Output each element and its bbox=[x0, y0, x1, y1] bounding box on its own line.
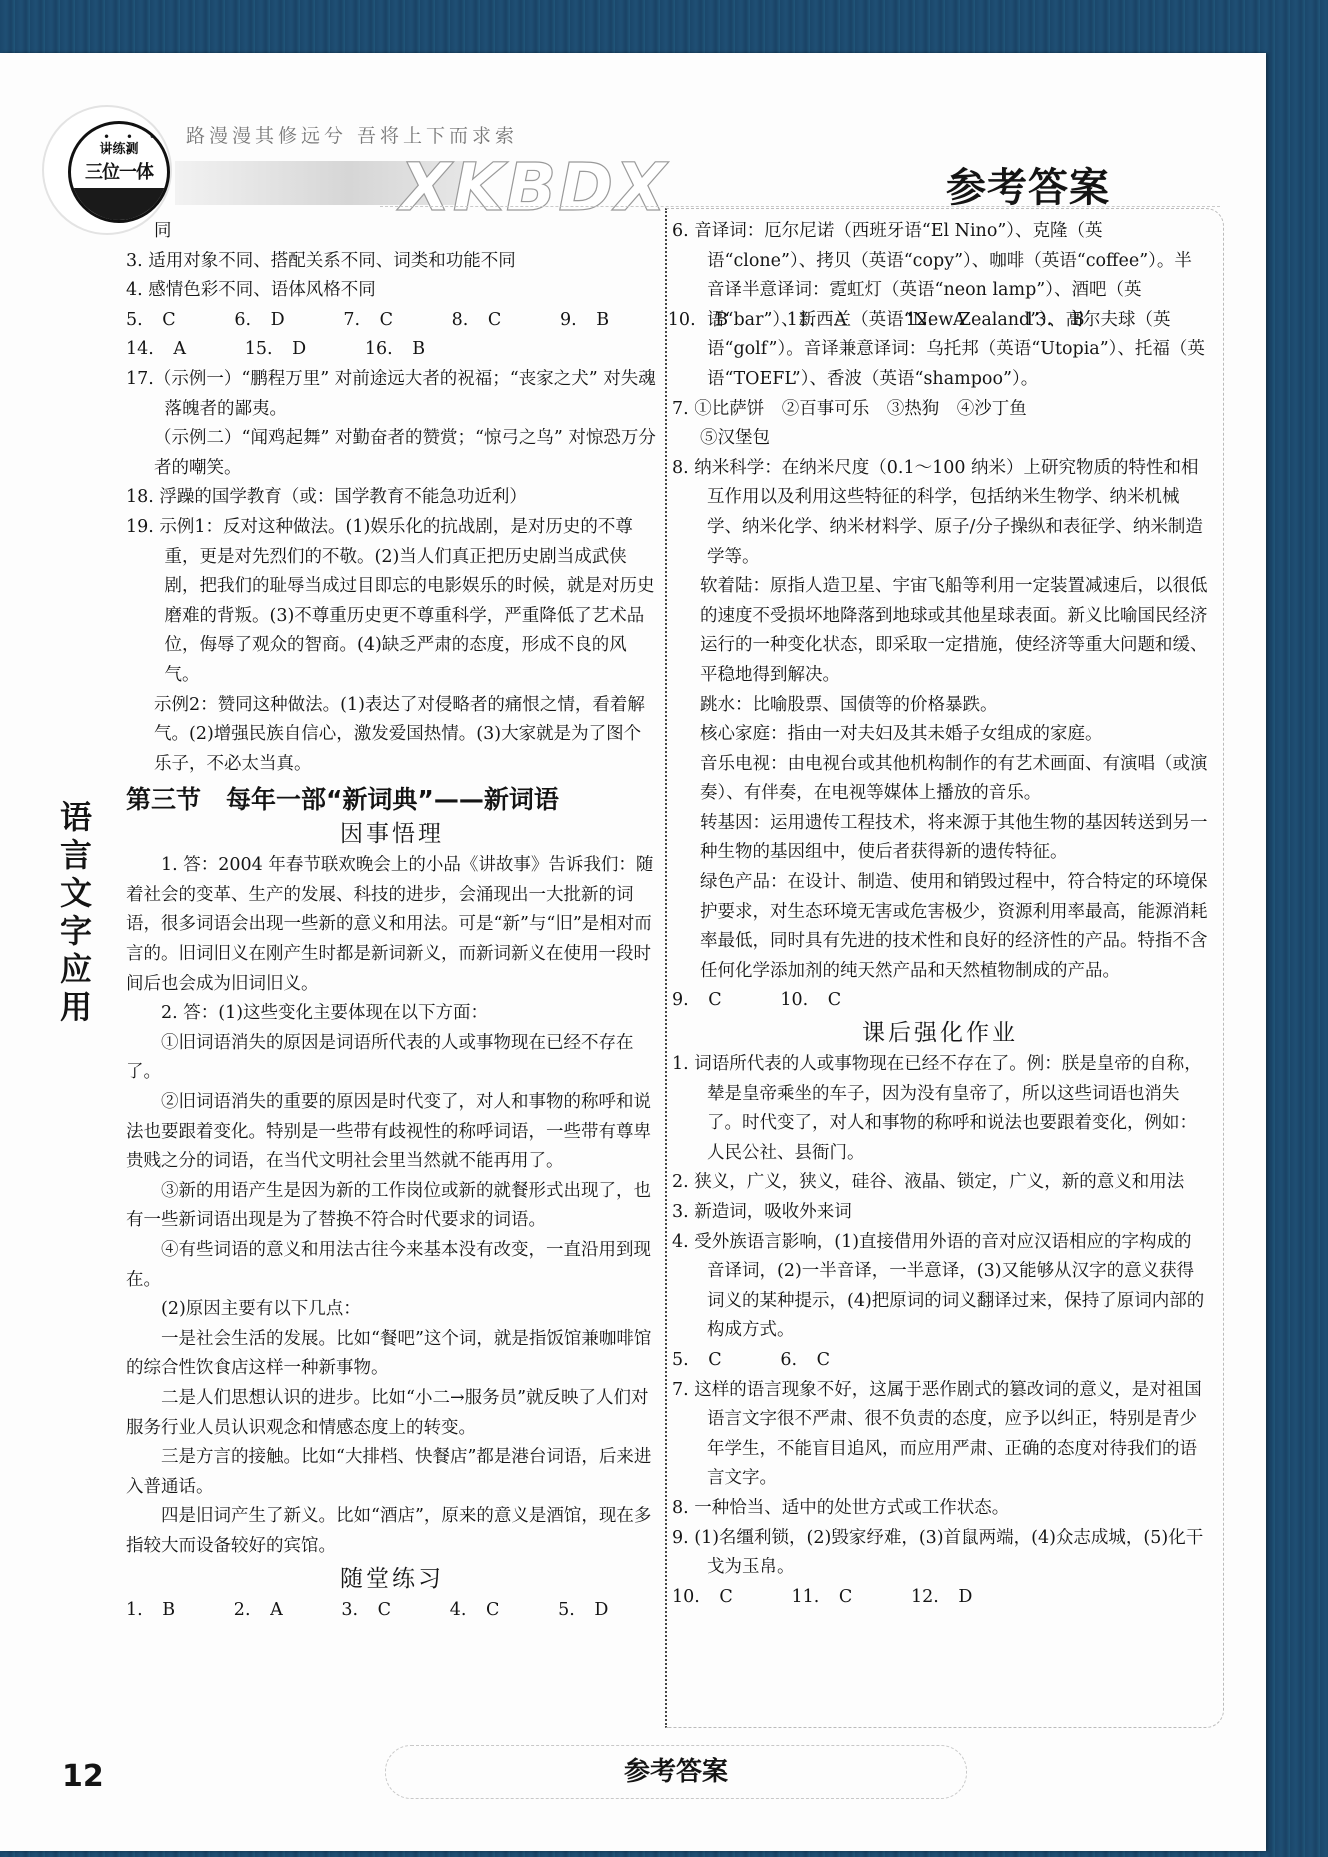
footer-banner: 参考答案 bbox=[385, 1745, 967, 1799]
side-section-label: 语 言 文 字 应 用 bbox=[56, 798, 96, 1026]
term-definition: 跳水：比喻股票、国债等的价格暴跌。 bbox=[672, 691, 1208, 721]
logo-line2: 三位一体 bbox=[71, 158, 167, 184]
section-paragraph: (2)原因主要有以下几点： bbox=[126, 1295, 658, 1325]
section-paragraph: ④有些词语的意义和用法古往今来基本没有改变，一直沿用到现在。 bbox=[126, 1236, 658, 1295]
section-paragraph: 三是方言的接触。比如“大排档、快餐店”都是港台词语，后来进入普通话。 bbox=[126, 1443, 658, 1502]
homework-item: 10. C 11. C 12. D bbox=[672, 1583, 1208, 1613]
document-page: • • • • • 讲练测 三位一体 路漫漫其修远兮 吾将上下而求索 XKBDX… bbox=[0, 53, 1266, 1851]
homework-item: 8. 一种恰当、适中的处世方式或工作状态。 bbox=[672, 1494, 1208, 1524]
homework-item: 3. 新造词，吸收外来词 bbox=[672, 1198, 1208, 1228]
section-subtitle: 因事悟理 bbox=[126, 817, 658, 851]
logo-emblem: • • • • • 讲练测 三位一体 bbox=[68, 121, 170, 223]
term-definition: 转基因：运用遗传工程技术，将来源于其他生物的基因转送到另一种生物的基因组中，使后… bbox=[672, 809, 1208, 868]
footer-title: 参考答案 bbox=[624, 1757, 728, 1787]
page-number: 12 bbox=[62, 1759, 104, 1794]
choice-answers: 14. A 15. D 16. B bbox=[126, 335, 658, 365]
section-paragraph: ③新的用语产生是因为新的工作岗位或新的就餐形式出现了，也有一些新词语出现是为了替… bbox=[126, 1177, 658, 1236]
section-paragraph: ①旧词语消失的原因是词语所代表的人或事物现在已经不存在了。 bbox=[126, 1029, 658, 1088]
publisher-logo: • • • • • 讲练测 三位一体 bbox=[42, 105, 172, 235]
practice-answers: 1. B 2. A 3. C 4. C 5. D bbox=[126, 1596, 658, 1626]
logo-line1: 讲练测 bbox=[71, 138, 167, 157]
section-paragraph: 二是人们思想认识的进步。比如“小二→服务员”就反映了人们对服务行业人员认识观念和… bbox=[126, 1384, 658, 1443]
term-definition: 核心家庭：指由一对夫妇及其未婚子女组成的家庭。 bbox=[672, 720, 1208, 750]
logo-band bbox=[71, 188, 167, 220]
answer-item: 4. 感情色彩不同、语体风格不同 bbox=[126, 276, 658, 306]
left-column: 同 3. 适用对象不同、搭配关系不同、词类和功能不同 4. 感情色彩不同、语体风… bbox=[126, 217, 658, 1625]
choice-answers: 9. C 10. C bbox=[672, 986, 1208, 1016]
answer-item-7: 7. ①比萨饼 ②百事可乐 ③热狗 ④沙丁鱼 bbox=[672, 395, 1208, 425]
homework-item: 2. 狭义，广义，狭义，硅谷、液晶、锁定，广义，新的意义和用法 bbox=[672, 1168, 1208, 1198]
homework-title: 课后强化作业 bbox=[672, 1016, 1208, 1050]
term-definition: 软着陆：原指人造卫星、宇宙飞船等利用一定装置减速后，以很低的速度不受损坏地降落到… bbox=[672, 572, 1208, 690]
side-label-char: 文 bbox=[56, 874, 96, 912]
answer-item-6: 6. 音译词：厄尔尼诺（西班牙语“El Nino”）、克隆（英语“clone”）… bbox=[672, 217, 1208, 395]
side-label-char: 语 bbox=[56, 798, 96, 836]
answer-item-17-ex1: 17.（示例一）“鹏程万里” 对前途远大者的祝福；“丧家之犬” 对失魂落魄者的鄙… bbox=[126, 365, 658, 424]
side-label-char: 用 bbox=[56, 988, 96, 1026]
answer-item-18: 18. 浮躁的国学教育（或：国学教育不能急功近利） bbox=[126, 483, 658, 513]
section-paragraph: ②旧词语消失的重要的原因是时代变了，对人和事物的称呼和说法也要跟着变化。特别是一… bbox=[126, 1088, 658, 1177]
section-title: 第三节 每年一部“新词典”——新词语 bbox=[126, 783, 658, 817]
homework-item: 5. C 6. C bbox=[672, 1346, 1208, 1376]
section-paragraph: 一是社会生活的发展。比如“餐吧”这个词，就是指饭馆兼咖啡馆的综合性饮食店这样一种… bbox=[126, 1325, 658, 1384]
side-label-char: 应 bbox=[56, 950, 96, 988]
right-column: 6. 音译词：厄尔尼诺（西班牙语“El Nino”）、克隆（英语“clone”）… bbox=[672, 217, 1208, 1612]
homework-item: 9. (1)名缰利锁，(2)毁家纾难，(3)首鼠两端，(4)众志成城，(5)化干… bbox=[672, 1524, 1208, 1583]
choice-answers: 5. C 6. D 7. C 8. C 9. B 10. B 11. A 12.… bbox=[126, 306, 658, 336]
answer-item-19-ex1: 19. 示例1：反对这种做法。(1)娱乐化的抗战剧，是对历史的不尊重，更是对先烈… bbox=[126, 513, 658, 691]
side-label-char: 言 bbox=[56, 836, 96, 874]
header-motto: 路漫漫其修远兮 吾将上下而求索 bbox=[186, 121, 518, 148]
header-title: 参考答案 bbox=[946, 156, 1110, 213]
section-paragraph: 2. 答：(1)这些变化主要体现在以下方面： bbox=[126, 999, 658, 1029]
section-paragraph: 1. 答：2004 年春节联欢晚会上的小品《讲故事》告诉我们：随着社会的变革、生… bbox=[126, 851, 658, 999]
brand-wordmark: XKBDX bbox=[400, 149, 668, 226]
side-label-char: 字 bbox=[56, 912, 96, 950]
homework-item: 7. 这样的语言现象不好，这属于恶作剧式的篡改词的意义，是对祖国语言文字很不严肃… bbox=[672, 1376, 1208, 1494]
answer-item-8: 8. 纳米科学：在纳米尺度（0.1～100 纳米）上研究物质的特性和相互作用以及… bbox=[672, 454, 1208, 572]
answer-item-19-ex2: 示例2：赞同这种做法。(1)表达了对侵略者的痛恨之情，看着解气。(2)增强民族自… bbox=[126, 691, 658, 780]
answer-item: 3. 适用对象不同、搭配关系不同、词类和功能不同 bbox=[126, 247, 658, 277]
answer-item-17-ex2: （示例二）“闻鸡起舞” 对勤奋者的赞赏；“惊弓之鸟” 对惊恐万分者的嘲笑。 bbox=[126, 424, 658, 483]
practice-title: 随堂练习 bbox=[126, 1562, 658, 1596]
homework-item: 1. 词语所代表的人或事物现在已经不存在了。例：朕是皇帝的自称，辇是皇帝乘坐的车… bbox=[672, 1050, 1208, 1168]
answer-item-7-cont: ⑤汉堡包 bbox=[672, 424, 1208, 454]
answer-continuation: 同 bbox=[126, 217, 658, 247]
homework-item: 4. 受外族语言影响，(1)直接借用外语的音对应汉语相应的字构成的音译词，(2)… bbox=[672, 1228, 1208, 1346]
section-paragraph: 四是旧词产生了新义。比如“酒店”，原来的意义是酒馆，现在多指较大而设备较好的宾馆… bbox=[126, 1502, 658, 1561]
term-definition: 绿色产品：在设计、制造、使用和销毁过程中，符合特定的环境保护要求，对生态环境无害… bbox=[672, 868, 1208, 986]
header-divider bbox=[380, 206, 1220, 207]
term-definition: 音乐电视：由电视台或其他机构制作的有艺术画面、有演唱（或演奏）、有伴奏，在电视等… bbox=[672, 750, 1208, 809]
